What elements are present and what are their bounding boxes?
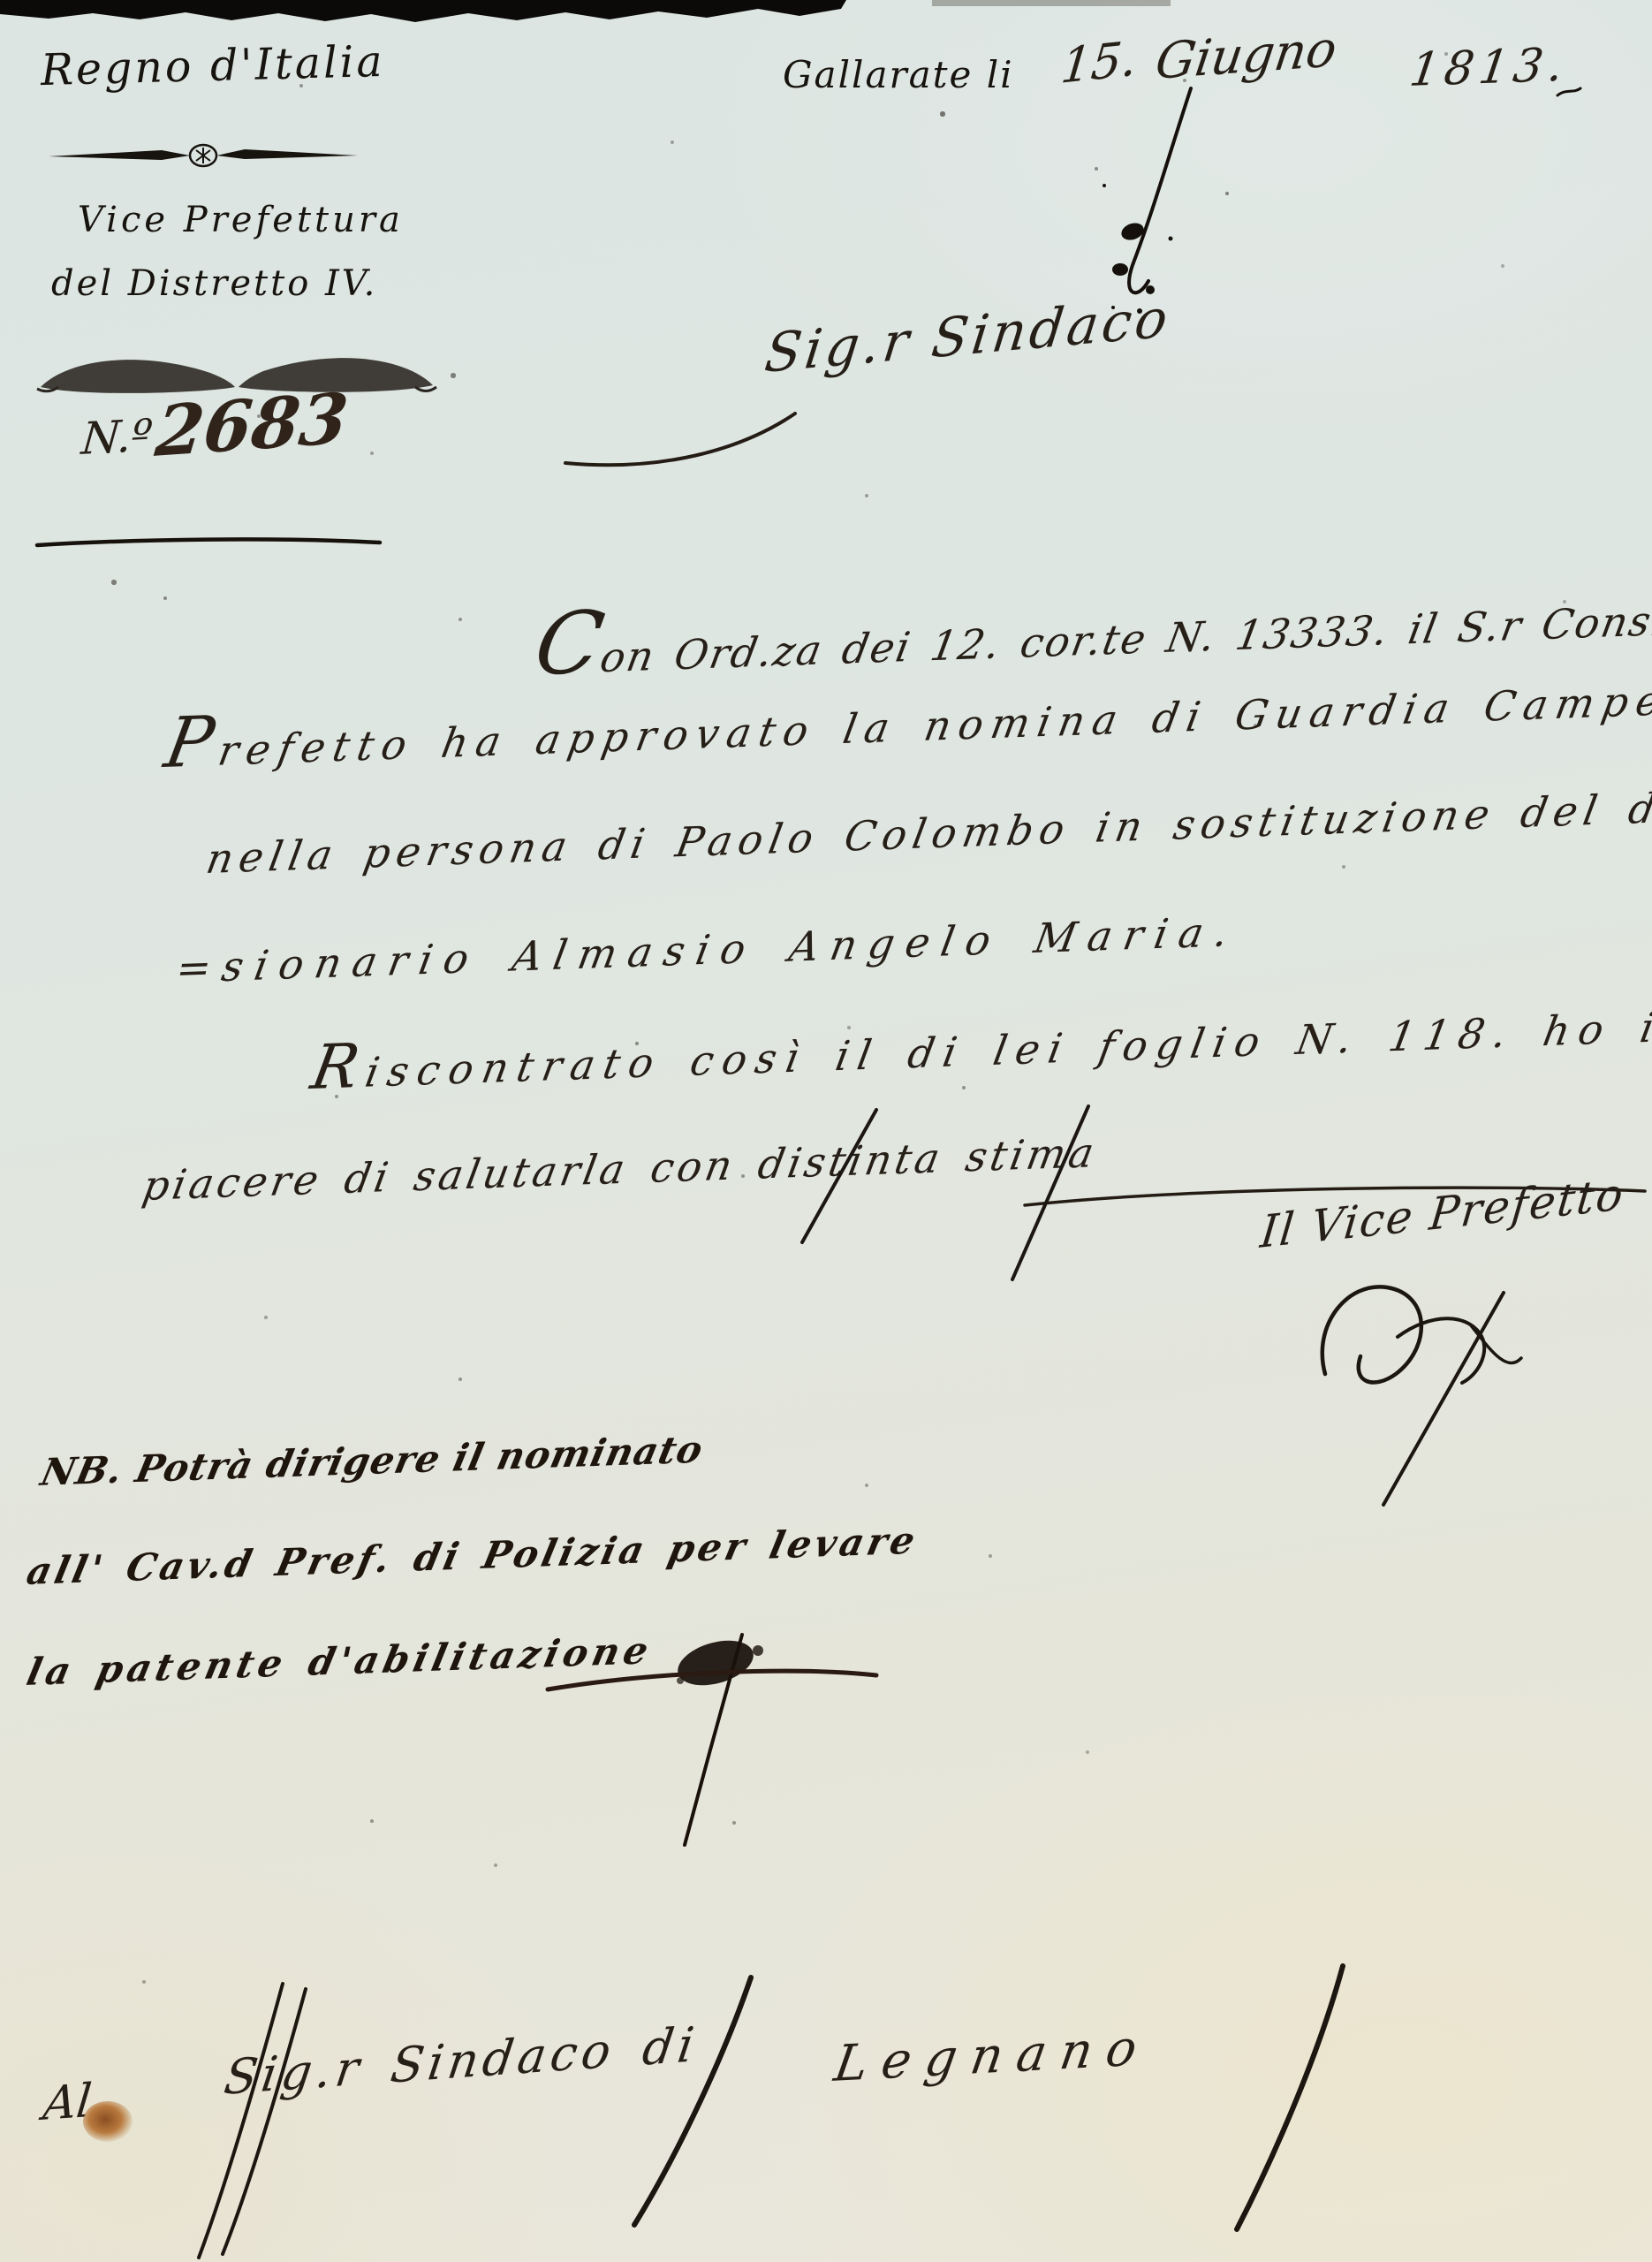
body-line-3: nella persona di Paolo Colombo in sostit… bbox=[203, 781, 1652, 880]
salutation-swash bbox=[555, 399, 811, 483]
nota-bene-line-2: all' Cav.d Pref. di Polizia per levare bbox=[23, 1518, 922, 1593]
dateline-year: 1813. bbox=[1406, 38, 1572, 97]
body-line-4: =sionario Almasio Angelo Maria. bbox=[173, 910, 1243, 991]
address-place: Legnano bbox=[830, 2019, 1155, 2093]
foxing-spot bbox=[83, 2101, 133, 2142]
body-line-1: Con Ord.za dei 12. cor.te N. 13333. il S… bbox=[530, 581, 1652, 681]
address-slash-right bbox=[1219, 1957, 1360, 2240]
letterhead-kingdom: Regno d'Italia bbox=[40, 36, 385, 95]
scan-edge-strip bbox=[0, 0, 1652, 41]
signature-flourish bbox=[1299, 1241, 1590, 1524]
dateline-place: Gallarate li bbox=[783, 53, 1014, 96]
nota-bene-trailing-rule bbox=[530, 1656, 892, 1705]
letterhead-office-line2: del Distretto IV. bbox=[51, 263, 377, 304]
protocol-number-label: N.º bbox=[80, 409, 155, 465]
ink-specks bbox=[0, 0, 2, 2]
descender-strokes bbox=[777, 1103, 1131, 1293]
address-slash-left bbox=[618, 1970, 769, 2235]
address-lead-flourish bbox=[177, 1975, 327, 2262]
body-line-2: Prefetto ha approvato la nomina di Guard… bbox=[161, 670, 1652, 775]
letterhead-ornament-rule bbox=[49, 138, 358, 175]
nota-bene-line-1: NB. Potrà dirigere il nominato bbox=[37, 1427, 708, 1494]
protocol-underline bbox=[32, 537, 385, 551]
protocol-number-value: 2683 bbox=[152, 378, 352, 473]
letter-page: Regno d'Italia Vice Prefettura del Distr… bbox=[0, 0, 1652, 2262]
letterhead-office-line1: Vice Prefettura bbox=[78, 200, 404, 240]
body-line-5: Riscontrato così il di lei foglio N. 118… bbox=[307, 1005, 1652, 1096]
salutation-line: Sig.r Sindaco bbox=[762, 287, 1174, 385]
